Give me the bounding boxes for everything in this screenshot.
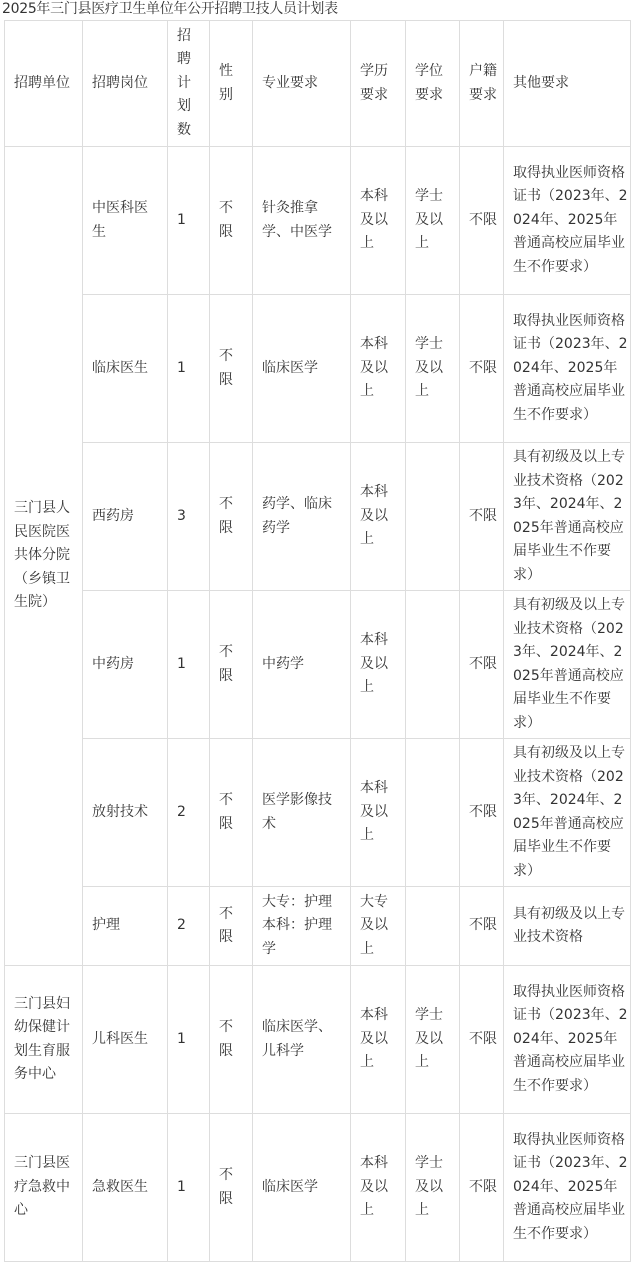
other-requirements-cell: 取得执业医师资格证书（2023年、2024年、2025年普通高校应届毕业生不作要… [504, 966, 631, 1114]
count-cell: 1 [168, 966, 210, 1114]
hukou-cell: 不限 [460, 887, 504, 966]
major-cell: 临床医学、儿科学 [253, 966, 351, 1114]
count-cell: 2 [168, 739, 210, 887]
position-cell: 急救医生 [83, 1114, 168, 1262]
hukou-cell: 不限 [460, 1114, 504, 1262]
table-row: 临床医生 1 不限 临床医学 本科及以上 学士及以上 不限 取得执业医师资格证书… [5, 295, 631, 443]
other-requirements-cell: 取得执业医师资格证书（2023年、2024年、2025年普通高校应届毕业生不作要… [504, 295, 631, 443]
other-requirements-cell: 具有初级及以上专业技术资格（2023年、2024年、2025年普通高校应届毕业生… [504, 739, 631, 887]
gender-cell: 不限 [210, 739, 253, 887]
count-cell: 3 [168, 443, 210, 591]
hukou-cell: 不限 [460, 591, 504, 739]
degree-cell: 学士及以上 [406, 966, 460, 1114]
degree-cell [406, 443, 460, 591]
degree-cell [406, 591, 460, 739]
major-cell: 大专：护理本科：护理学 [253, 887, 351, 966]
degree-cell [406, 887, 460, 966]
major-cell: 药学、临床药学 [253, 443, 351, 591]
gender-cell: 不限 [210, 443, 253, 591]
table-row: 放射技术 2 不限 医学影像技术 本科及以上 不限 具有初级及以上专业技术资格（… [5, 739, 631, 887]
degree-cell: 学士及以上 [406, 1114, 460, 1262]
major-cell: 针灸推拿学、中医学 [253, 147, 351, 295]
table-header-row: 招聘单位 招聘岗位 招聘计划数 性别 专业要求 学历要求 学位要求 户籍要求 其… [5, 21, 631, 147]
hukou-cell: 不限 [460, 966, 504, 1114]
education-cell: 本科及以上 [351, 739, 406, 887]
count-cell: 2 [168, 887, 210, 966]
major-cell: 临床医学 [253, 295, 351, 443]
gender-cell: 不限 [210, 147, 253, 295]
position-cell: 中药房 [83, 591, 168, 739]
degree-cell [406, 739, 460, 887]
other-requirements-cell: 取得执业医师资格证书（2023年、2024年、2025年普通高校应届毕业生不作要… [504, 1114, 631, 1262]
table-row: 三门县妇幼保健计划生育服务中心 儿科医生 1 不限 临床医学、儿科学 本科及以上… [5, 966, 631, 1114]
hukou-cell: 不限 [460, 739, 504, 887]
table-row: 西药房 3 不限 药学、临床药学 本科及以上 不限 具有初级及以上专业技术资格（… [5, 443, 631, 591]
major-cell: 医学影像技术 [253, 739, 351, 887]
page-title: 2025年三门县医疗卫生单位年公开招聘卫技人员计划表 [2, 0, 338, 20]
gender-cell: 不限 [210, 295, 253, 443]
other-requirements-cell: 具有初级及以上专业技术资格（2023年、2024年、2025年普通高校应届毕业生… [504, 443, 631, 591]
count-cell: 1 [168, 147, 210, 295]
header-count: 招聘计划数 [168, 21, 210, 147]
hukou-cell: 不限 [460, 443, 504, 591]
other-requirements-cell: 取得执业医师资格证书（2023年、2024年、2025年普通高校应届毕业生不作要… [504, 147, 631, 295]
gender-cell: 不限 [210, 966, 253, 1114]
header-other: 其他要求 [504, 21, 631, 147]
count-cell: 1 [168, 1114, 210, 1262]
gender-cell: 不限 [210, 591, 253, 739]
table-row: 三门县医疗急救中心 急救医生 1 不限 临床医学 本科及以上 学士及以上 不限 … [5, 1114, 631, 1262]
major-cell: 中药学 [253, 591, 351, 739]
recruitment-plan-table: 招聘单位 招聘岗位 招聘计划数 性别 专业要求 学历要求 学位要求 户籍要求 其… [4, 20, 631, 1262]
degree-cell: 学士及以上 [406, 147, 460, 295]
gender-cell: 不限 [210, 1114, 253, 1262]
other-requirements-cell: 具有初级及以上专业技术资格（2023年、2024年、2025年普通高校应届毕业生… [504, 591, 631, 739]
position-cell: 西药房 [83, 443, 168, 591]
education-cell: 本科及以上 [351, 1114, 406, 1262]
position-cell: 护理 [83, 887, 168, 966]
education-cell: 本科及以上 [351, 147, 406, 295]
unit-name: 三门县医疗急救中心 [5, 1114, 83, 1262]
education-cell: 本科及以上 [351, 966, 406, 1114]
degree-cell: 学士及以上 [406, 295, 460, 443]
header-hukou: 户籍要求 [460, 21, 504, 147]
count-cell: 1 [168, 295, 210, 443]
position-cell: 放射技术 [83, 739, 168, 887]
hukou-cell: 不限 [460, 147, 504, 295]
table-row: 护理 2 不限 大专：护理本科：护理学 大专及以上 不限 具有初级及以上专业技术… [5, 887, 631, 966]
header-position: 招聘岗位 [83, 21, 168, 147]
major-cell: 临床医学 [253, 1114, 351, 1262]
unit-name: 三门县人民医院医共体分院（乡镇卫生院） [5, 147, 83, 966]
hukou-cell: 不限 [460, 295, 504, 443]
other-requirements-cell: 具有初级及以上专业技术资格 [504, 887, 631, 966]
unit-name: 三门县妇幼保健计划生育服务中心 [5, 966, 83, 1114]
position-cell: 临床医生 [83, 295, 168, 443]
position-cell: 儿科医生 [83, 966, 168, 1114]
position-cell: 中医科医生 [83, 147, 168, 295]
header-unit: 招聘单位 [5, 21, 83, 147]
education-cell: 本科及以上 [351, 295, 406, 443]
education-cell: 本科及以上 [351, 443, 406, 591]
count-cell: 1 [168, 591, 210, 739]
header-education: 学历要求 [351, 21, 406, 147]
table-row: 三门县人民医院医共体分院（乡镇卫生院） 中医科医生 1 不限 针灸推拿学、中医学… [5, 147, 631, 295]
gender-cell: 不限 [210, 887, 253, 966]
education-cell: 本科及以上 [351, 591, 406, 739]
header-gender: 性别 [210, 21, 253, 147]
header-degree: 学位要求 [406, 21, 460, 147]
table-row: 中药房 1 不限 中药学 本科及以上 不限 具有初级及以上专业技术资格（2023… [5, 591, 631, 739]
header-major: 专业要求 [253, 21, 351, 147]
education-cell: 大专及以上 [351, 887, 406, 966]
